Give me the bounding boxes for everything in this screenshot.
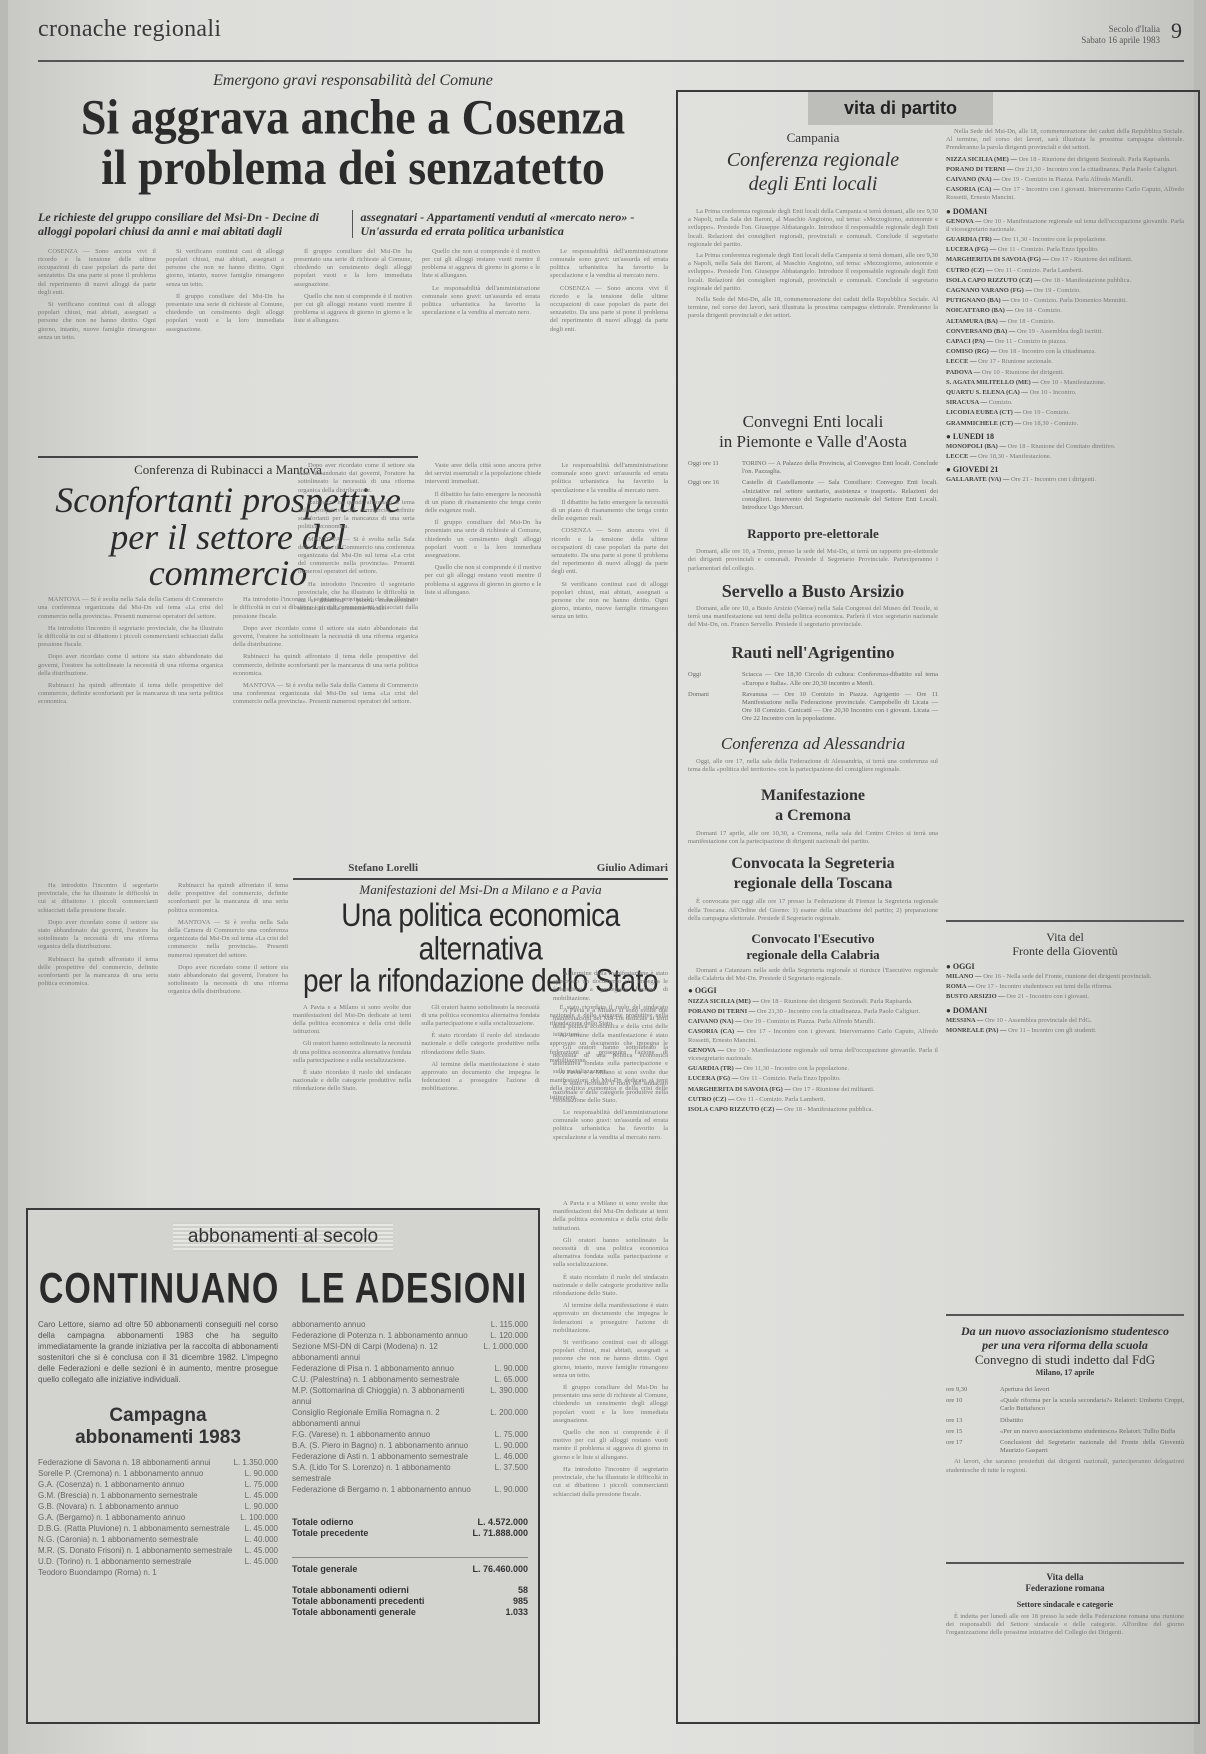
schedule-text: Castello di Castellamonte — Sala Consili… [742, 479, 938, 512]
divider [946, 1562, 1184, 1564]
event-text: Ore 21,30 - Incontro con la cittadinanza… [757, 1008, 920, 1015]
headline-line: Si aggrava anche a Cosenza [38, 92, 668, 143]
body-paragraph: Rubinacci ha quindi affrontato il tema d… [298, 499, 415, 532]
event-place: CAPACI (PA) — [946, 338, 995, 345]
event-place: LECCE — [946, 358, 978, 365]
event-place: NIZZA SICILIA (ME) — [946, 156, 1019, 163]
event-item: MONOPOLI (BA) — Ore 18 - Riunione del Co… [946, 443, 1184, 451]
event-place: CASORIA (CA) — [688, 1028, 746, 1035]
event-place: CONVERSANO (BA) — [946, 328, 1017, 335]
schedule-row: DomaniRavanusa — Ore 10 Comizio in Piazz… [688, 691, 938, 724]
abbonamenti-body: Caro Lettore, siamo ad oltre 50 abboname… [28, 1309, 538, 1618]
event-place: QUARTU S. ELENA (CA) — [946, 389, 1030, 396]
ledger-amount: L. 45.000 [245, 1523, 278, 1534]
ledger-name: D.B.G. (Ratta Pluvione) n. 1 abbonamento… [38, 1523, 238, 1534]
event-text: Ore 11 - Comizio. Parla Lamberti. [994, 267, 1083, 274]
ledger-name: F.G. (Varese) n. 1 abbonamento annuo [292, 1429, 438, 1440]
body-paragraph: Quello che non si comprende è il motivo … [294, 293, 412, 326]
federazione-body: È indetta per lunedì alle ore 18 presso … [946, 1613, 1184, 1638]
ledger-row: D.B.G. (Ratta Pluvione) n. 1 abbonamento… [38, 1523, 278, 1534]
masthead: Secolo d'Italia Sabato 16 aprile 1983 [1081, 24, 1160, 46]
ledger-name: G.A. (Bergamo) n. 1 abbonamento annuo [38, 1512, 193, 1523]
federazione-romana-section: Vita della Federazione romana Settore si… [946, 1572, 1184, 1641]
ledger-row: G.A. (Cosenza) n. 1 abbonamento annuoL. … [38, 1479, 278, 1490]
body-paragraph: Oggi, alle ore 17, nella sala della Fede… [688, 758, 938, 774]
title-line: Vita della [946, 1572, 1184, 1583]
ledger-amount: L. 1.000.000 [484, 1341, 528, 1363]
schedule-row: ore 9,30Apertura dei lavori [946, 1386, 1184, 1394]
body-paragraph: Vaste aree della città sono ancora prive… [425, 462, 542, 487]
event-place: NIZZA SICILIA (ME) — [688, 998, 761, 1005]
title-line: Da un nuovo associazionismo studentesco [946, 1324, 1184, 1338]
event-place: PUTIGNANO (BA) — [946, 297, 1010, 304]
schedule-text: «Per un nuovo associazionismo studentesc… [1000, 1428, 1175, 1436]
ledger-row: Federazione di Pisa n. 1 abbonamento ann… [292, 1363, 528, 1374]
ledger-amount: L. 75.000 [495, 1429, 528, 1440]
body-paragraph: Domani, alle ore 10, a Busto Arsizio (Va… [688, 605, 938, 630]
ledger-row: Federazione di Savona n. 18 abbonamenti … [38, 1457, 278, 1468]
ledger-name: G.B. (Novara) n. 1 abbonamento annuo [38, 1501, 187, 1512]
event-text: Ore 10 - Riunione dei dirigenti. [982, 369, 1064, 376]
body-paragraph: Le responsabilità dell'amministrazione c… [550, 248, 668, 281]
body-paragraph: Al termine della manifestazione è stato … [553, 1302, 668, 1335]
federazione-title: Vita della Federazione romana [946, 1572, 1184, 1594]
event-text: Ore 21,30 - Incontro con la cittadinanza… [1015, 166, 1178, 173]
ledger-name: Federazione di Potenza n. 1 abbonamento … [292, 1330, 476, 1341]
schedule-row: ore 15«Per un nuovo associazionismo stud… [946, 1428, 1184, 1436]
event-place: GUARDIA (TR) — [688, 1065, 743, 1072]
event-place: ROMA — [946, 983, 976, 990]
event-text: Ore 18 - Incontro con la cittadinanza. [999, 348, 1096, 355]
event-item: MESSINA — Ore 10 - Assemblea provinciale… [946, 1017, 1184, 1025]
abbonamenti-headline: CONTINUANO LE ADESIONI [28, 1265, 538, 1314]
ledger-amount: L. 120.000 [490, 1330, 528, 1341]
subhead-right: assegnatari - Appartamenti venduti al «m… [361, 210, 669, 238]
body-paragraph: Nella Sede del Msi-Dn, alle 18, commemor… [688, 296, 938, 321]
event-item: LECCE — Ore 18,30 - Manifestazione. [946, 453, 1184, 461]
headline-line: il problema dei senzatetto [38, 143, 668, 194]
title-line: degli Enti locali [688, 172, 938, 196]
event-item: GENOVA — Ore 10 - Manifestazione regiona… [946, 218, 1184, 234]
title-line: Convegni Enti locali [688, 412, 938, 432]
body-paragraph: A Pavia e a Milano si sono svolte due ma… [553, 1007, 668, 1040]
title-line: a Cremona [688, 806, 938, 826]
giovedi-label: ● GIOVEDI 21 [946, 465, 1184, 474]
body-paragraph: Dopo aver ricordato come il settore sia … [168, 964, 288, 997]
body-paragraph: Domani, alle ore 10, a Trento, presso la… [688, 548, 938, 573]
grand-total: Totale generaleL. 76.460.000 [292, 1557, 528, 1575]
issue-date: Sabato 16 aprile 1983 [1081, 35, 1160, 46]
ledger-row: abbonamento annuoL. 115.000 [292, 1319, 528, 1330]
title-line: Vita del [946, 930, 1184, 944]
body-paragraph: Si verificano continui casi di alloggi p… [38, 301, 156, 342]
body-paragraph: È stato ricordato il ruolo del sindacato… [421, 1032, 539, 1057]
event-item: CAIVANO (NA) — Ore 19 - Comizio in Piazz… [946, 176, 1184, 184]
abbonamenti-letter: Caro Lettore, siamo ad oltre 50 abboname… [38, 1319, 278, 1385]
event-text: Ore 19 - Comizio in Piazza. Parla Alfred… [1001, 176, 1133, 183]
event-place: CUTRO (CZ) — [946, 267, 994, 274]
event-text: Ore 11 - Comizio. Parla Lamberti. [736, 1096, 825, 1103]
label-text: DOMANI [953, 1006, 987, 1015]
divider [946, 1314, 1184, 1316]
title-line: Conferenza regionale [688, 148, 938, 172]
event-place: LUCERA (FG) — [688, 1075, 740, 1082]
ledger-name: C.U. (Palestrina) n. 1 abbonamento semes… [292, 1374, 467, 1385]
body-paragraph: Si verificano continui casi di alloggi p… [553, 1339, 668, 1380]
event-place: MONOPOLI (BA) — [946, 443, 1008, 450]
body-paragraph: Al termine della manifestazione è stato … [553, 970, 668, 1003]
event-text: Ore 11 - Comizio. Parla Enzo Ippolito. [998, 246, 1099, 253]
event-place: COMISO (RG) — [946, 348, 999, 355]
event-item: PUTIGNANO (BA) — Ore 10 - Comizio. Parla… [946, 297, 1184, 305]
event-text: Ore 18,30 - Comizio. [1023, 420, 1078, 427]
event-place: MESSINA — [946, 1017, 985, 1024]
event-place: GRAMMICHELE (CT) — [946, 420, 1023, 427]
right-intro: Nella Sede del Msi-Dn, alle 18, commemor… [946, 128, 1184, 153]
body-paragraph: MANTOVA — Si è svolta nella Sala della C… [168, 919, 288, 960]
piemonte-title: Convegni Enti locali in Piemonte e Valle… [688, 412, 938, 452]
divider [293, 878, 668, 880]
schedule-row: Oggi ore 11TORINO — A Palazzo della Prov… [688, 460, 938, 476]
event-text: Ore 17 - Riunione dei militanti. [793, 1086, 875, 1093]
schedule-row: ore 13Dibattito [946, 1417, 1184, 1425]
event-item: BUSTO ARSIZIO — Ore 21 - Incontro con i … [946, 993, 1184, 1001]
servello-title: Servello a Busto Arsizio [688, 581, 938, 601]
event-item: CONVERSANO (BA) — Ore 19 - Assemblea deg… [946, 328, 1184, 336]
body-paragraph: Dopo aver ricordato come il settore sia … [38, 919, 158, 952]
event-item: CAIVANO (NA) — Ore 19 - Comizio in Piazz… [688, 1018, 938, 1026]
ledger-name: Totale odierno [292, 1517, 361, 1528]
ledger-amount: 985 [513, 1596, 528, 1607]
schedule-row: Oggi ore 16Castello di Castellamonte — S… [688, 479, 938, 512]
ledger-row: Totale precedenteL. 71.888.000 [292, 1528, 528, 1539]
event-text: Ore 11,30 - Incontro con la popolazione. [743, 1065, 849, 1072]
ledger-row: S.A. (Lido Tor S. Lorenzo) n. 1 abboname… [292, 1462, 528, 1484]
event-item: MARGHERITA DI SAVOIA (FG) — Ore 17 - Riu… [946, 256, 1184, 264]
event-item: COMISO (RG) — Ore 18 - Incontro con la c… [946, 348, 1184, 356]
body-paragraph: È indetta per lunedì alle ore 18 presso … [946, 1613, 1184, 1638]
event-text: Ore 10 - Manifestazione. [1040, 379, 1105, 386]
subscription-counts: Totale abbonamenti odierni58Totale abbon… [292, 1585, 528, 1618]
body-paragraph: La Prima conferenza regionale degli Enti… [688, 208, 938, 249]
event-text: Ore 10 - Assemblea provinciale del FdG. [985, 1017, 1092, 1024]
divider [946, 920, 1184, 922]
ledger-row: F.G. (Varese) n. 1 abbonamento annuoL. 7… [292, 1429, 528, 1440]
ledger-name: S.A. (Lido Tor S. Lorenzo) n. 1 abboname… [292, 1462, 495, 1484]
ledger-amount: L. 200.000 [490, 1407, 528, 1429]
subhead-left: Le richieste del gruppo consiliare del M… [38, 210, 353, 238]
event-text: Ore 18 - Comizio. [1008, 318, 1055, 325]
body-paragraph: Rubinacci ha quindi affrontato il tema d… [38, 682, 223, 707]
body-paragraph: COSENZA — Sono ancora vivi il ricordo e … [551, 527, 668, 576]
event-text: Ore 18 - Riunione del Comitato direttivo… [1008, 443, 1116, 450]
ledger-amount: L. 90.000 [495, 1484, 528, 1495]
fronte-domani-label: ● DOMANI [946, 1006, 1184, 1015]
body-paragraph: Le responsabilità dell'amministrazione c… [551, 462, 668, 495]
event-place: LICODIA EUBEA (CT) — [946, 409, 1023, 416]
studenti-place-date: Milano, 17 aprile [946, 1368, 1184, 1378]
event-text: Comizio. [989, 399, 1013, 406]
event-place: S. AGATA MILITELLO (ME) — [946, 379, 1040, 386]
body-paragraph: Gli oratori hanno sottolineato la necess… [421, 1004, 539, 1029]
toscana-title: Convocata la Segreteria regionale della … [688, 854, 938, 894]
ledger-name: Sezione MSI-DN di Carpi (Modena) n. 12 a… [292, 1341, 484, 1363]
body-paragraph: Il gruppo consiliare del Msi-Dn ha prese… [166, 293, 284, 334]
article-body: COSENZA — Sono ancora vivi il ricordo e … [38, 248, 668, 418]
event-text: Ore 16 - Nella sede del Fronte, riunione… [983, 973, 1151, 980]
event-item: MONREALE (PA) — Ore 11 - Incontro con gl… [946, 1027, 1184, 1035]
body-paragraph: Gli oratori hanno sottolineato la necess… [553, 1044, 668, 1077]
ledger-name: Totale abbonamenti precedenti [292, 1596, 432, 1607]
ledger-row: Federazione di Bergamo n. 1 abbonamento … [292, 1484, 528, 1495]
ledger-name: Totale abbonamenti generale [292, 1607, 424, 1618]
alessandria-title: Conferenza ad Alessandria [688, 734, 938, 754]
body-paragraph: Il gruppo consiliare del Msi-Dn ha prese… [553, 1384, 668, 1425]
domani-label-text: DOMANI [953, 207, 987, 216]
ledger-amount: L. 37.500 [495, 1462, 528, 1484]
event-text: Ore 10 - Comizio. Parla Domenico Mennitt… [1010, 297, 1127, 304]
event-item: LECCE — Ore 17 - Riunione sezionale. [946, 358, 1184, 366]
ledger-amount: L. 90.000 [245, 1501, 278, 1512]
ledger-row: Totale abbonamenti generale1.033 [292, 1607, 528, 1618]
ledger-amount: L. 45.000 [245, 1545, 278, 1556]
ledger-amount: L. 90.000 [495, 1363, 528, 1374]
schedule-text: Conclusioni del Segretario nazionale del… [1000, 1439, 1184, 1455]
ledger-row: Consiglio Regionale Emilia Romagna n. 2 … [292, 1407, 528, 1429]
fronte-items: MILANO — Ore 16 - Nella sede del Fronte,… [946, 973, 1184, 1002]
calabria-body: Domani a Catanzaro nella sede della Segr… [688, 967, 938, 1207]
event-text: Ore 10 - Manifestazione regionale sul te… [688, 1047, 938, 1062]
body-paragraph: La Prima conferenza regionale degli Enti… [688, 252, 938, 293]
ledger-row: Totale abbonamenti odierni58 [292, 1585, 528, 1596]
schedule-text: Apertura dei lavori [1000, 1386, 1049, 1394]
event-place: GENOVA — [946, 218, 983, 225]
schedule-time: Domani [688, 691, 732, 724]
event-text: Ore 11,30 - Incontro con la popolazione. [1001, 236, 1107, 243]
event-item: MARGHERITA DI SAVOIA (FG) — Ore 17 - Riu… [688, 1086, 938, 1094]
piemonte-schedule: Oggi ore 11TORINO — A Palazzo della Prov… [688, 460, 938, 512]
rauti-schedule: OggiSciacca — Ore 18,30 Circolo di cultu… [688, 671, 938, 723]
schedule-row: OggiSciacca — Ore 18,30 Circolo di cultu… [688, 671, 938, 687]
ledger-row: N.G. (Caronia) n. 1 abbonamento semestra… [38, 1534, 278, 1545]
fronte-section: Vita del Fronte della Gioventù ● OGGI MI… [946, 930, 1184, 1037]
event-text: Ore 19 - Comizio. [1023, 409, 1070, 416]
ledger-name: Totale precedente [292, 1528, 376, 1539]
ledger-name: Federazione di Bergamo n. 1 abbonamento … [292, 1484, 479, 1495]
studenti-schedule: ore 9,30Apertura dei lavoriore 10«Quale … [946, 1386, 1184, 1455]
body-paragraph: Le responsabilità dell'amministrazione c… [553, 1109, 668, 1142]
event-place: PORANO DI TERNI — [946, 166, 1015, 173]
domani-items: GENOVA — Ore 10 - Manifestazione regiona… [946, 218, 1184, 428]
event-place: BUSTO ARSIZIO — [946, 993, 1006, 1000]
giovedi-items: GALLARATE (VA) — Ore 21 - Incontro con i… [946, 476, 1184, 484]
event-item: PADOVA — Ore 10 - Riunione dei dirigenti… [946, 369, 1184, 377]
article-continuation: A Pavia e a Milano si sono svolte due ma… [553, 1200, 668, 1745]
event-item: CASORIA (CA) — Ore 17 - Incontro con i g… [688, 1028, 938, 1044]
campaign-title-line: Campagna [38, 1405, 278, 1427]
ledger-row: Sezione MSI-DN di Carpi (Modena) n. 12 a… [292, 1341, 528, 1363]
ledger-name: Consiglio Regionale Emilia Romagna n. 2 … [292, 1407, 490, 1429]
body-paragraph: MANTOVA — Si è svolta nella Sala della C… [38, 596, 223, 621]
campania-title: Conferenza regionale degli Enti locali [688, 148, 938, 196]
newspaper-name: Secolo d'Italia [1081, 24, 1160, 35]
event-item: NIZZA SICILIA (ME) — Ore 18 - Riunione d… [946, 156, 1184, 164]
ledger-amount: L. 65.000 [495, 1374, 528, 1385]
event-text: Ore 17 - Incontro studentesco sui temi d… [976, 983, 1113, 990]
event-item: LUCERA (FG) — Ore 11 - Comizio. Parla En… [688, 1075, 938, 1083]
article-kicker: Emergono gravi responsabilità del Comune [38, 72, 668, 90]
newspaper-page: cronache regionali Secolo d'Italia Sabat… [8, 0, 1194, 1754]
event-place: CUTRO (CZ) — [688, 1096, 736, 1103]
ledger-amount: L. 46.000 [495, 1451, 528, 1462]
ledger-row: Totale abbonamenti precedenti985 [292, 1596, 528, 1607]
event-item: CUTRO (CZ) — Ore 11 - Comizio. Parla Lam… [946, 267, 1184, 275]
schedule-time: ore 10 [946, 1397, 990, 1413]
title-line: per una vera riforma della scuola [946, 1338, 1184, 1352]
totals: Totale odiernoL. 4.572.000Totale precede… [292, 1517, 528, 1539]
fronte-oggi-label: ● OGGI [946, 962, 1184, 971]
event-place: CASORIA (CA) — [946, 186, 1002, 193]
campaign-title-line: abbonamenti 1983 [38, 1427, 278, 1449]
event-place: LECCE — [946, 453, 978, 460]
event-item: NIZZA SICILIA (ME) — Ore 18 - Riunione d… [688, 998, 938, 1006]
event-place: NOICATTARO (BA) — [946, 307, 1015, 314]
ledger-row: M.P. (Sottomarina di Chioggia) n. 3 abbo… [292, 1385, 528, 1407]
body-paragraph: Le responsabilità dell'amministrazione c… [422, 285, 540, 318]
oggi-label: ● OGGI [688, 987, 938, 995]
ledger-name: B.A. (S. Piero in Bagno) n. 1 abbonament… [292, 1440, 476, 1451]
studenti-title: Da un nuovo associazionismo studentesco … [946, 1324, 1184, 1352]
lunedi-items: MONOPOLI (BA) — Ore 18 - Riunione del Co… [946, 443, 1184, 461]
event-text: Ore 11 - Comizio. Parla Enzo Ippolito. [740, 1075, 841, 1082]
event-place: ISOLA CAPO RIZZUTO (CZ) — [946, 277, 1042, 284]
title-line: regionale della Toscana [688, 874, 938, 894]
event-item: NOICATTARO (BA) — Ore 18 - Comizio. [946, 307, 1184, 315]
event-item: GUARDIA (TR) — Ore 11,30 - Incontro con … [946, 236, 1184, 244]
body-paragraph: Rubinacci ha quindi affrontato il tema d… [168, 882, 288, 915]
schedule-time: Oggi ore 16 [688, 479, 732, 512]
oggi-items: NIZZA SICILIA (ME) — Ore 18 - Riunione d… [946, 156, 1184, 203]
article-continuation: Dopo aver ricordato come il settore sia … [298, 462, 668, 862]
title-line: Convocato l'Esecutivo [688, 931, 938, 947]
event-item: ROMA — Ore 17 - Incontro studentesco sui… [946, 983, 1184, 991]
body-paragraph: È stato ricordato il ruolo del sindacato… [553, 1274, 668, 1299]
event-item: S. AGATA MILITELLO (ME) — Ore 10 - Manif… [946, 379, 1184, 387]
body-paragraph: Quello che non si comprende è il motivo … [553, 1429, 668, 1462]
byline-adimari: Giulio Adimari [548, 862, 668, 874]
event-place: MARGHERITA DI SAVOIA (FG) — [688, 1086, 793, 1093]
byline-lorelli: Stefano Lorelli [298, 862, 418, 874]
body-paragraph: A Pavia e a Milano si sono svolte due ma… [553, 1200, 668, 1233]
page-number: 9 [1171, 18, 1182, 44]
ledger-row: G.A. (Bergamo) n. 1 abbonamento annuoL. … [38, 1512, 278, 1523]
ledger-row: Sorelle P. (Cremona) n. 1 abbonamento an… [38, 1468, 278, 1479]
ledger-row: Federazione di Potenza n. 1 abbonamento … [292, 1330, 528, 1341]
event-place: SIRACUSA — [946, 399, 989, 406]
event-item: ALTAMURA (BA) — Ore 18 - Comizio. [946, 318, 1184, 326]
grand-total-amount: L. 76.460.000 [472, 1564, 528, 1575]
cremona-title: Manifestazione a Cremona [688, 786, 938, 826]
schedule-time: Oggi ore 11 [688, 460, 732, 476]
ledger-amount: L. 390.000 [490, 1385, 528, 1407]
event-item: GUARDIA (TR) — Ore 11,30 - Incontro con … [688, 1065, 938, 1073]
vita-di-partito-tab: vita di partito [808, 92, 993, 125]
event-text: Ore 19 - Assemblea degli iscritti. [1017, 328, 1103, 335]
campania-body: La Prima conferenza regionale degli Enti… [688, 208, 938, 408]
event-text: Ore 11 - Incontro con gli studenti. [1008, 1027, 1096, 1034]
body-paragraph: Il dibattito ha fatto emergere la necess… [425, 491, 542, 516]
event-place: GALLARATE (VA) — [946, 476, 1011, 483]
ledger-name: M.R. (S. Donato Frisoni) n. 1 abbonament… [38, 1545, 240, 1556]
ledger-amount: L. 45.000 [245, 1556, 278, 1567]
event-place: LUCERA (FG) — [946, 246, 998, 253]
schedule-text: Sciacca — Ore 18,30 Circolo di cultura: … [742, 671, 938, 687]
studenti-subtitle: Convegno di studi indetto dal FdG [946, 1352, 1184, 1368]
event-place: GUARDIA (TR) — [946, 236, 1001, 243]
event-place: PADOVA — [946, 369, 982, 376]
ledger-amount: L. 45.000 [245, 1490, 278, 1501]
event-item: CUTRO (CZ) — Ore 11 - Comizio. Parla Lam… [688, 1096, 938, 1104]
event-item: CASORIA (CA) — Ore 17 - Incontro con i g… [946, 186, 1184, 202]
left-ledger: Federazione di Savona n. 18 abbonamenti … [38, 1457, 278, 1578]
body-paragraph: Ai lavori, che saranno presieduti dai di… [946, 1458, 1184, 1474]
calabria-extra-items: NIZZA SICILIA (ME) — Ore 18 - Riunione d… [688, 998, 938, 1114]
body-paragraph: Il dibattito ha fatto emergere la necess… [551, 499, 668, 524]
fronte-domani-items: MESSINA — Ore 10 - Assemblea provinciale… [946, 1017, 1184, 1035]
event-text: Ore 18 - Manifestazione pubblica. [784, 1106, 873, 1113]
event-item: QUARTU S. ELENA (CA) — Ore 10 - Incontro… [946, 389, 1184, 397]
article-continuation: Ha introdotto l'incontro il segretario p… [38, 882, 288, 1202]
body-paragraph: Dopo aver ricordato come il settore sia … [38, 653, 223, 678]
body-paragraph: Gli oratori hanno sottolineato la necess… [293, 1040, 411, 1065]
body-paragraph: Quello che non si comprende è il motivo … [422, 248, 540, 281]
vdp-right-column: Nella Sede del Msi-Dn, alle 18, commemor… [946, 128, 1184, 487]
event-text: Ore 17 - Riunione sezionale. [978, 358, 1053, 365]
article-subhead: Le richieste del gruppo consiliare del M… [38, 210, 668, 238]
body-paragraph: Ha introdotto l'incontro il segretario p… [38, 625, 223, 650]
servello-body: Domani, alle ore 10, a Busto Arsizio (Va… [688, 605, 938, 630]
schedule-time: ore 17 [946, 1439, 990, 1455]
body-paragraph: Quello che non si comprende è il motivo … [425, 564, 542, 597]
schedule-text: «Quale riforma per la scuola secondaria?… [1000, 1397, 1184, 1413]
title-line: in Piemonte e Valle d'Aosta [688, 432, 938, 452]
abbonamenti-box: abbonamenti al secolo CONTINUANO LE ADES… [26, 1208, 540, 1724]
schedule-row: ore 17Conclusioni del Segretario naziona… [946, 1439, 1184, 1455]
studenti-note: Ai lavori, che saranno presieduti dai di… [946, 1458, 1184, 1474]
ledger-name: Federazione di Pisa n. 1 abbonamento ann… [292, 1363, 462, 1374]
event-item: MILANO — Ore 16 - Nella sede del Fronte,… [946, 973, 1184, 981]
event-item: GALLARATE (VA) — Ore 21 - Incontro con i… [946, 476, 1184, 484]
ledger-row: M.R. (S. Donato Frisoni) n. 1 abbonament… [38, 1545, 278, 1556]
calabria-title: Convocato l'Esecutivo regionale della Ca… [688, 931, 938, 963]
event-place: ALTAMURA (BA) — [946, 318, 1008, 325]
ledger-name: G.M. (Brescia) n. 1 abbonamento semestra… [38, 1490, 206, 1501]
title-line: Convocata la Segreteria [688, 854, 938, 874]
body-paragraph: Domani 17 aprile, alle ore 10,30, a Crem… [688, 830, 938, 846]
cremona-body: Domani 17 aprile, alle ore 10,30, a Crem… [688, 830, 938, 846]
event-item: PORANO DI TERNI — Ore 21,30 - Incontro c… [946, 166, 1184, 174]
schedule-time: Oggi [688, 671, 732, 687]
rapporto-title: Rapporto pre-elettorale [688, 524, 938, 544]
body-paragraph: Si verificano continui casi di alloggi p… [166, 248, 284, 289]
event-text: Ore 18,30 - Manifestazione. [978, 453, 1051, 460]
event-text: Ore 18 - Riunione dei dirigenti Sezional… [761, 998, 913, 1005]
body-paragraph: A Pavia e a Milano si sono svolte due ma… [293, 1004, 411, 1037]
ledger-name: Totale abbonamenti odierni [292, 1585, 417, 1596]
ledger-row: G.B. (Novara) n. 1 abbonamento annuoL. 9… [38, 1501, 278, 1512]
domani-label: ● DOMANI [946, 207, 1184, 216]
giovedi-label-text: GIOVEDI 21 [953, 465, 999, 474]
